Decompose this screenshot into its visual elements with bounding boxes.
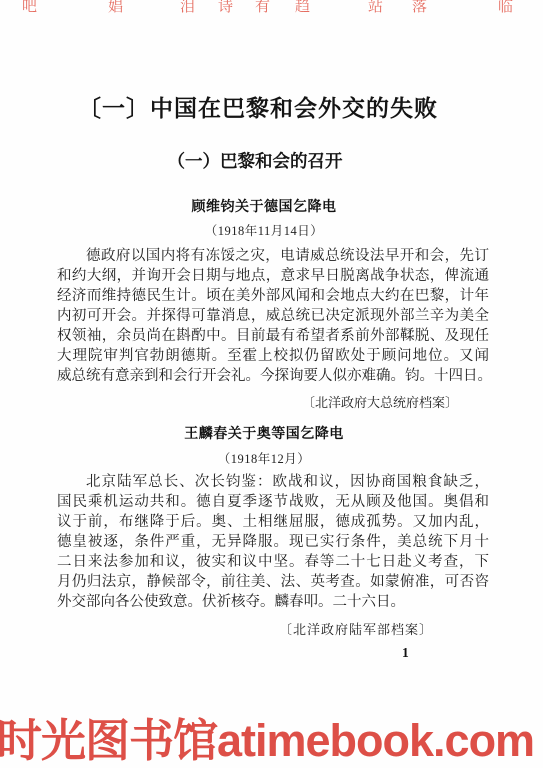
archive-attribution: 〔北洋政府陆军部档案〕 — [57, 619, 433, 638]
body-line: 权领袖，余员尚在斟酌中。目前最有希望者系前外部鞣脱、及现任 — [57, 326, 489, 346]
telegram-body: 德政府以国内将有冻馁之灾，电请威总统设法早开和会，先订 和约大纲，并询开会日期与… — [57, 246, 489, 386]
site-watermark: 时光图书馆atimebook.com — [0, 704, 543, 768]
red-mark-fragment: 有 — [255, 0, 270, 16]
red-mark-fragment: 娼 — [108, 0, 123, 16]
top-watermark-fragments: 吧 娼 泪 诗 有 趋 站 落 临 — [0, 0, 543, 16]
telegram-date: （1918年12月） — [0, 449, 528, 467]
body-line: 北京陆军总长、次长钧鉴：欧战和议，因协商国粮食缺乏， — [57, 472, 489, 492]
body-line: 月仍归法京，静候部令，前往美、法、英考查。如蒙俯准，可否咨 — [57, 572, 489, 592]
page-number: 1 — [402, 645, 409, 661]
body-line: 议于前，布继降于后。奥、土相继屈服，德成孤势。又加内乱， — [57, 512, 489, 532]
red-mark-fragment: 吧 — [22, 0, 37, 16]
red-mark-fragment: 临 — [498, 0, 513, 16]
red-mark-fragment: 泪 — [180, 0, 195, 16]
section-subtitle: （一）巴黎和会的召开 — [0, 148, 510, 173]
red-mark-fragment: 趋 — [295, 0, 310, 16]
body-line: 经济而维持德民生计。顷在美外部风闻和会地点大约在巴黎，计年 — [57, 286, 489, 306]
archive-attribution: 〔北洋政府大总统府档案〕 — [57, 392, 458, 411]
body-line: 德皇被逐，条件严重，无异降服。现已实行条件，美总统下月十 — [57, 532, 489, 552]
body-line: 内初可开会。并探得可靠消息，威总统已决定派现外部兰辛为美全 — [57, 306, 489, 326]
body-line: 二日来法参加和议，彼实和议中坚。春等二十七日赴义考查，下 — [57, 552, 489, 572]
body-line: 外交部向各公使致意。伏祈核夺。麟春叩。二十六日。 — [57, 592, 489, 612]
body-line: 德政府以国内将有冻馁之灾，电请威总统设法早开和会，先订 — [57, 246, 489, 266]
body-line: 威总统有意亲到和会行开会礼。今探询要人似亦难确。钧。十四日。 — [57, 366, 489, 386]
red-mark-fragment: 诗 — [218, 0, 233, 16]
body-line: 大理院审判官勃朗德斯。至霍上校拟仍留欧处于顾问地位。又闻 — [57, 346, 489, 366]
body-line: 国民乘机运动共和。德自夏季逐节战败，无从顾及他国。奥倡和 — [57, 492, 489, 512]
scanned-book-page: 吧 娼 泪 诗 有 趋 站 落 临 〔一〕中国在巴黎和会外交的失败 （一）巴黎和… — [0, 0, 543, 768]
chapter-title: 〔一〕中国在巴黎和会外交的失败 — [0, 90, 516, 123]
telegram-heading-gu-weijun: 顾维钧关于德国乞降电 — [0, 196, 528, 216]
telegram-heading-wang-linchun: 王麟春关于奥等国乞降电 — [0, 423, 528, 443]
body-line: 和约大纲，并询开会日期与地点，意求早日脱离战争状态，俾流通 — [57, 266, 489, 286]
red-mark-fragment: 落 — [412, 0, 427, 16]
telegram-body: 北京陆军总长、次长钧鉴：欧战和议，因协商国粮食缺乏， 国民乘机运动共和。德自夏季… — [57, 472, 489, 612]
red-mark-fragment: 站 — [368, 0, 383, 16]
telegram-date: （1918年11月14日） — [0, 221, 528, 239]
